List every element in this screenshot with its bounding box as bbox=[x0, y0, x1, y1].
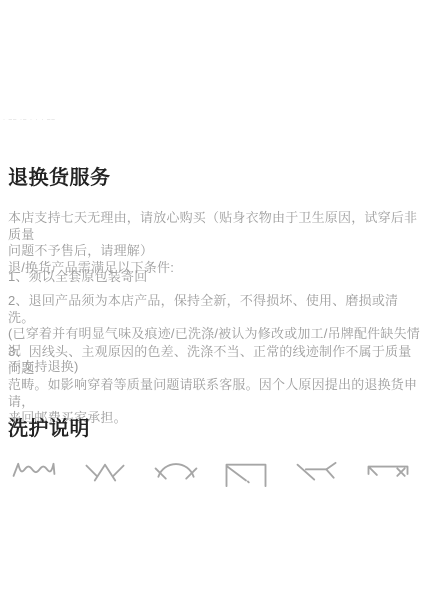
product-detail-page: · –– ·– · · · –– 退换货服务 本店支持七天无理由，请放心购买（贴… bbox=[0, 0, 424, 600]
return-condition-3: 3、因线头、主观原因的色差、洗涤不当、正常的线迹制作不属于质量问题 范畴。如影响… bbox=[8, 344, 420, 427]
do-not-bleach-icon bbox=[81, 461, 129, 487]
return-policy-intro: 本店支持七天无理由，请放心购买（贴身衣物由于卫生原因，试穿后非质量 问题不予售后… bbox=[8, 210, 420, 276]
shade-dry-icon bbox=[222, 461, 270, 487]
do-not-iron-icon bbox=[293, 461, 341, 487]
do-not-wring-icon bbox=[364, 461, 412, 487]
cropped-image-artifact: · –– ·– · · · –– bbox=[3, 117, 63, 123]
return-condition-1: 1、须以全套原包装寄回 bbox=[8, 269, 420, 286]
return-service-title: 退换货服务 bbox=[8, 166, 111, 190]
machine-wash-icon bbox=[10, 461, 58, 487]
do-not-dry-clean-icon bbox=[152, 461, 200, 487]
laundry-care-symbols-row bbox=[10, 461, 412, 487]
care-instructions-title: 洗护说明 bbox=[8, 417, 90, 441]
